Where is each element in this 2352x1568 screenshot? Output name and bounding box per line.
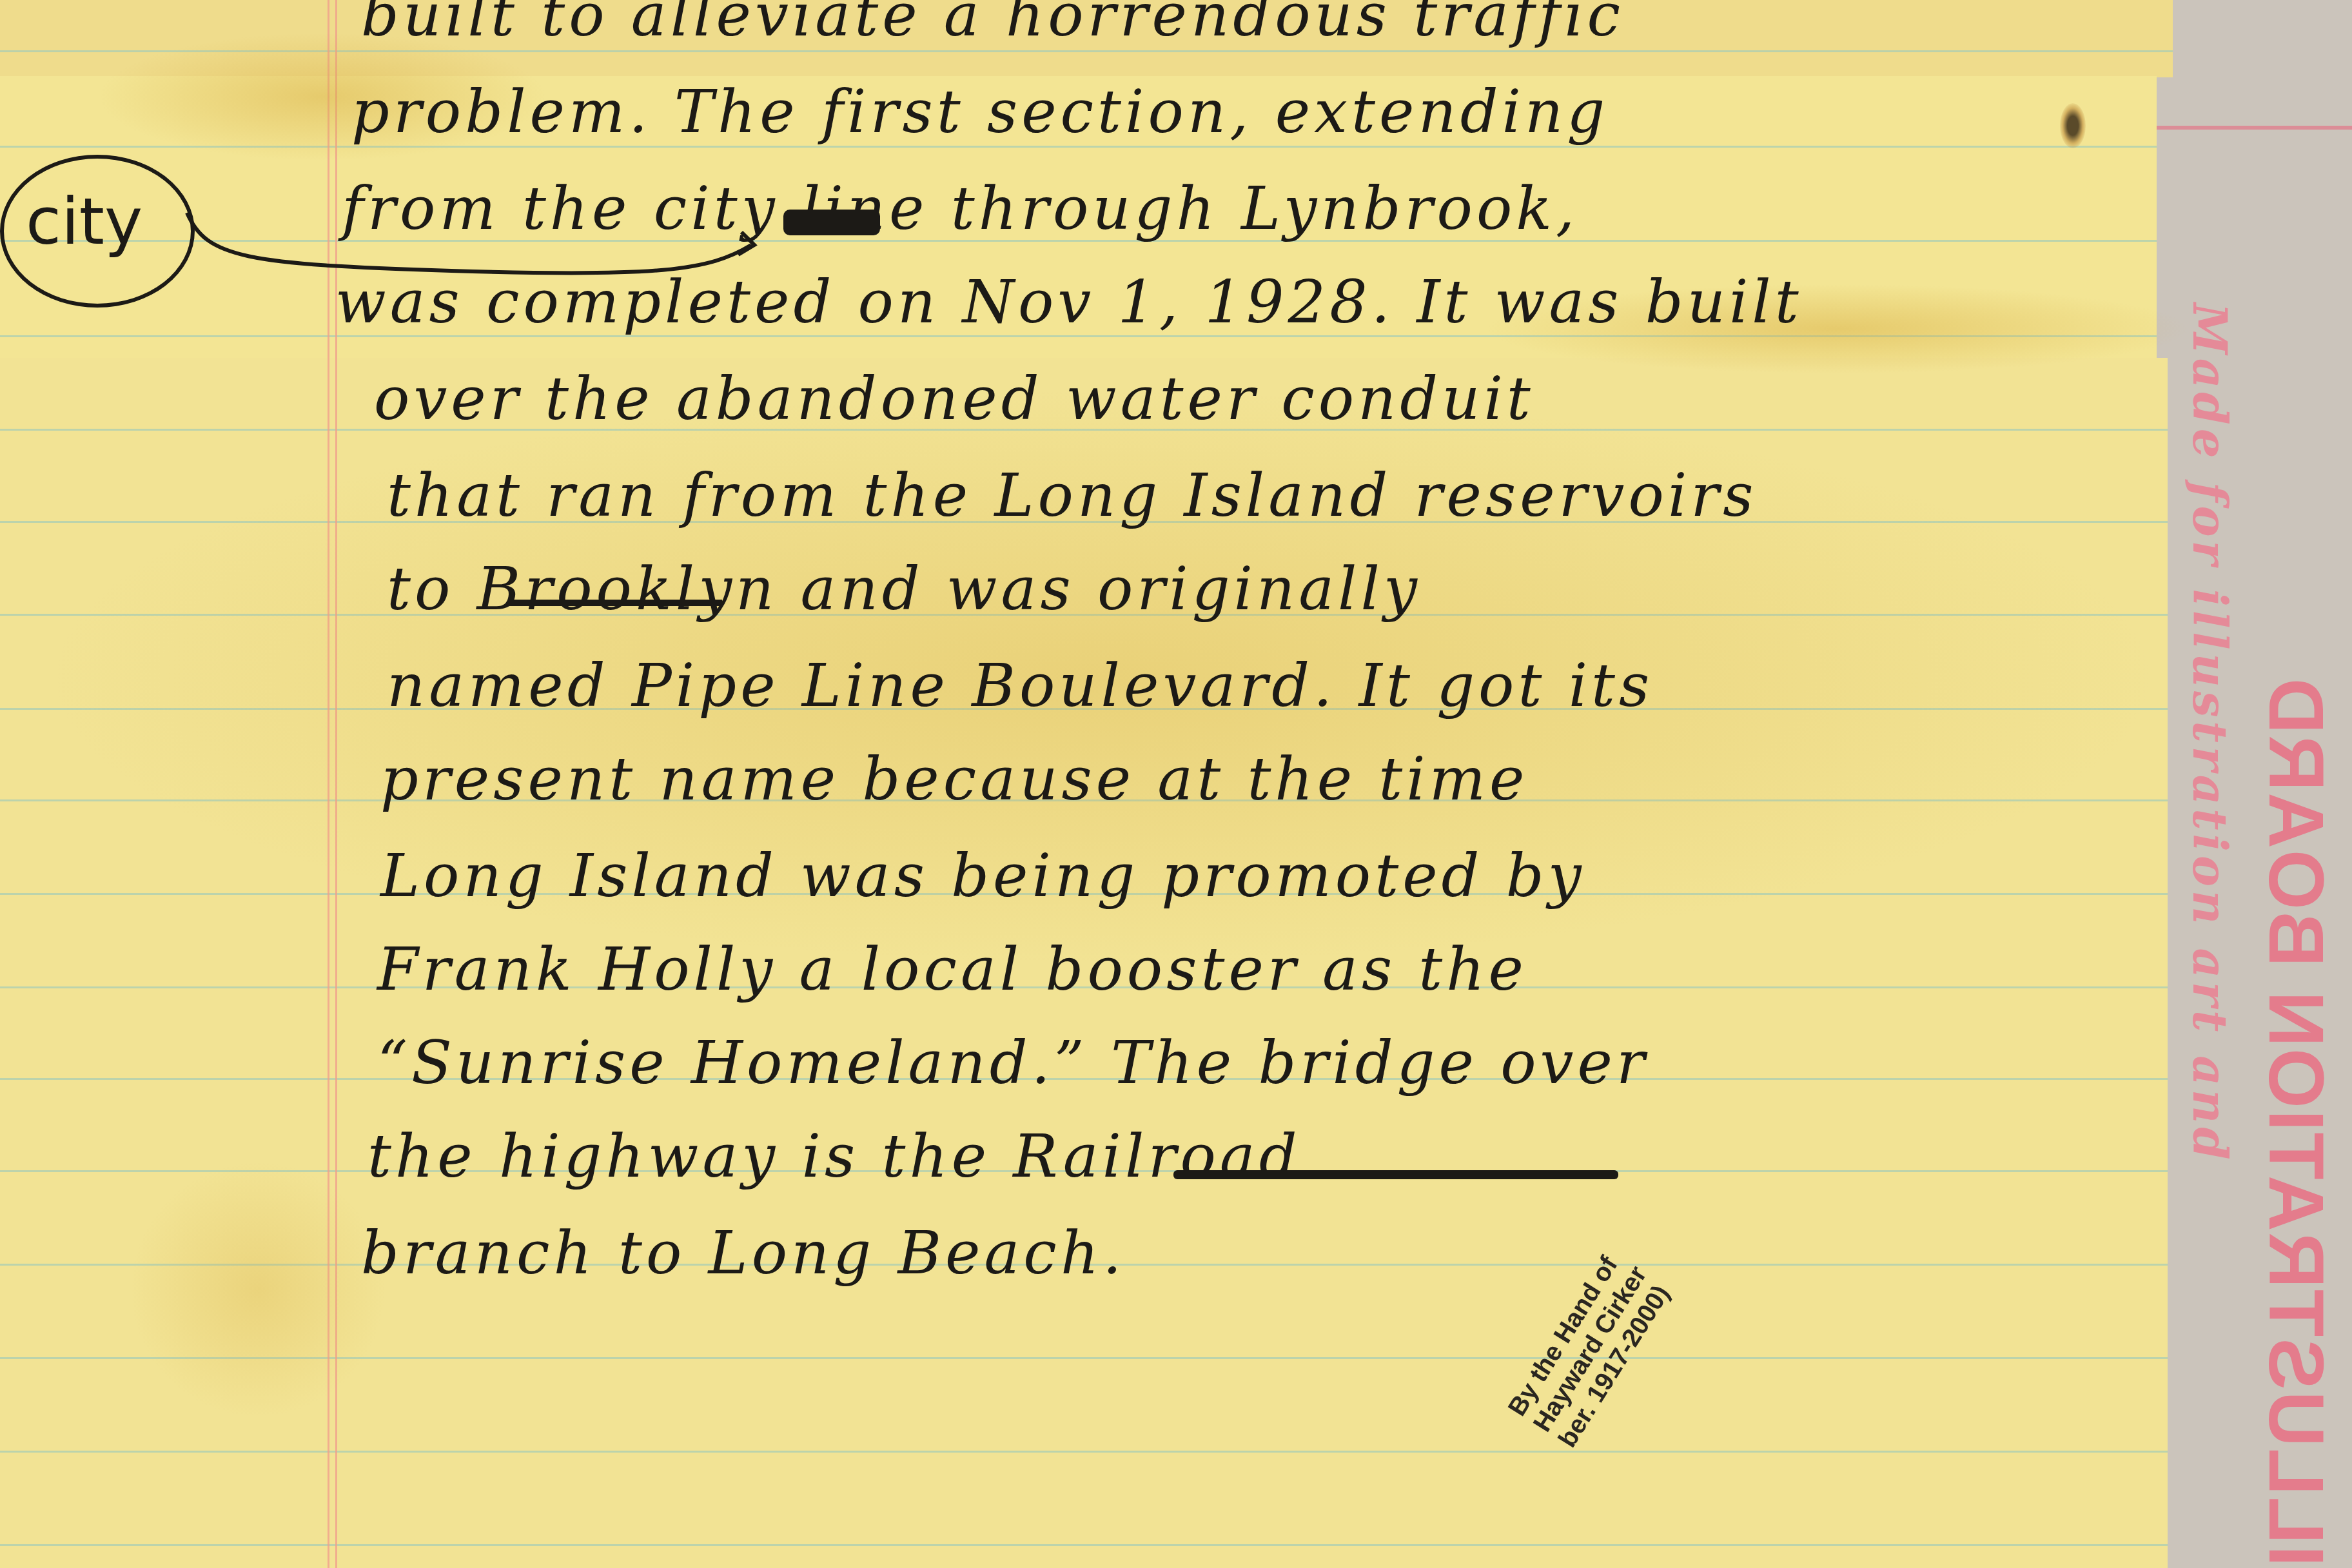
manuscript-line-8: named Pipe Line Boulevard. It got its bbox=[387, 651, 1653, 720]
manuscript-line-5: over the abandoned water conduit bbox=[374, 364, 1534, 433]
board-divider bbox=[2153, 126, 2352, 130]
manuscript-line-14: branch to Long Beach. bbox=[361, 1219, 1125, 1288]
board-subtitle: Made for illustration art and bbox=[2166, 303, 2237, 1335]
manuscript-line-4: was completed on Nov 1, 1928. It was bui… bbox=[335, 268, 1803, 337]
manuscript-line-1: built to alleviate a horrendous traffic bbox=[361, 0, 1624, 50]
manuscript-line-2: problem. The first section, extending bbox=[351, 77, 1609, 146]
manuscript-line-13: the highway is the Railroad bbox=[367, 1122, 1301, 1191]
manuscript-line-6: that ran from the Long Island reservoirs bbox=[387, 461, 1758, 530]
margin-note-text: city bbox=[26, 184, 142, 259]
manuscript-line-9: present name because at the time bbox=[380, 745, 1528, 814]
board-title: ILLUSTRATION BOARD bbox=[2244, 245, 2340, 1567]
manuscript-line-12: “Sunrise Homeland.” The bridge over bbox=[377, 1028, 1649, 1097]
manuscript-line-10: Long Island was being promoted by bbox=[380, 841, 1585, 910]
manuscript-line-7: to Brooklyn and was originally bbox=[387, 554, 1421, 623]
manuscript-line-3: from the city line through Lynbrook, bbox=[342, 174, 1578, 243]
manuscript-line-11: Frank Holly a local booster as the bbox=[377, 935, 1527, 1004]
